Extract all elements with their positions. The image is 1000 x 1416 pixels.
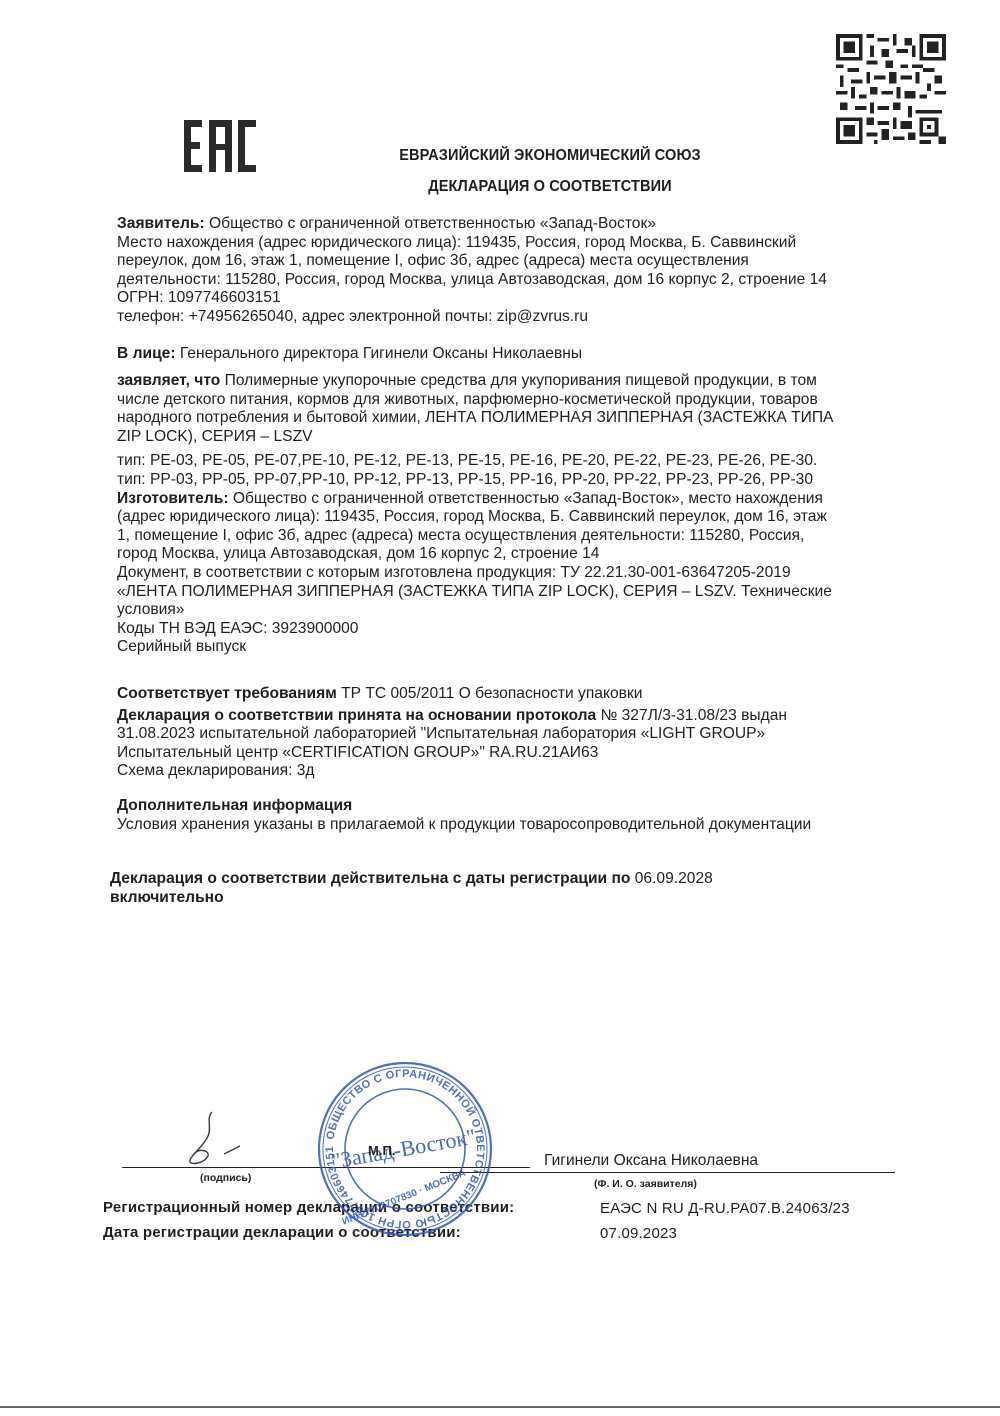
applicant-name: Общество с ограниченной ответственностью… — [205, 215, 656, 232]
additional-info-section: Дополнительная информация Условия хранен… — [117, 797, 927, 834]
represented-by-section: В лице: Генерального директора Гигинели … — [117, 345, 927, 364]
additional-info-value: Условия хранения указаны в прилагаемой к… — [117, 816, 927, 835]
applicant-address-line: Место нахождения (адрес юридического лиц… — [117, 234, 927, 253]
declares-section: заявляет, что Полимерные укупорочные сре… — [117, 372, 927, 657]
manufacturer-line: город Москва, улица Автозаводская, дом 1… — [117, 545, 927, 564]
basis-label: Декларация о соответствии принята на осн… — [117, 707, 596, 724]
product-types-pe: тип: PE-03, PE-05, PE-07,PE-10, PE-12, P… — [117, 452, 927, 471]
applicant-line: Заявитель: Общество с ограниченной ответ… — [117, 215, 927, 234]
declares-line: числе детского питания, кормов для живот… — [117, 391, 927, 410]
basis-line: Испытательный центр «CERTIFICATION GROUP… — [117, 744, 927, 763]
page-bottom-rule — [0, 1406, 1000, 1408]
compliance-value: ТР ТС 005/2011 О безопасности упаковки — [337, 685, 643, 702]
validity-label: Декларация о соответствии действительна … — [110, 870, 630, 887]
applicant-ogrn: ОГРН: 1097746603151 — [117, 289, 927, 308]
signature-caption: (подпись) — [200, 1172, 251, 1184]
compliance-label: Соответствует требованиям — [117, 685, 337, 702]
signer-caption: (Ф. И. О. заявителя) — [594, 1178, 697, 1190]
applicant-address-line: деятельности: 115280, Россия, город Моск… — [117, 271, 927, 290]
production-doc-line: Документ, в соответствии с которым изгот… — [117, 564, 927, 583]
manufacturer-line: Общество с ограниченной ответственностью… — [229, 490, 823, 507]
declares-line: Полимерные укупорочные средства для укуп… — [220, 372, 817, 389]
declares-line: народного потребления и бытовой химии, Л… — [117, 409, 927, 428]
stamp-place-mark: М.П. — [368, 1143, 395, 1158]
validity-inclusive: включительно — [110, 889, 920, 908]
applicant-label: Заявитель: — [117, 215, 205, 232]
basis-value: № 327Л/3-31.08/23 выдан — [596, 707, 787, 724]
declares-label: заявляет, что — [117, 372, 220, 389]
company-stamp-icon: ОБЩЕСТВО С ОГРАНИЧЕННОЙ ОТВЕТСТВЕННОСТЬЮ… — [310, 1058, 500, 1240]
qr-code-icon — [836, 34, 946, 144]
production-doc-line: «ЛЕНТА ПОЛИМЕРНАЯ ЗИППЕРНАЯ (ЗАСТЕЖКА ТИ… — [117, 583, 927, 602]
document-title: ДЕКЛАРАЦИЯ О СООТВЕТСТВИИ — [80, 178, 1000, 196]
represented-by-label: В лице: — [117, 345, 176, 362]
declaration-scheme: Схема декларирования: 3д — [117, 762, 927, 781]
stamp-center-text: "Запад-Восток" — [330, 1124, 478, 1174]
production-doc-line: условия» — [117, 601, 927, 620]
validity-section: Декларация о соответствии действительна … — [110, 870, 920, 907]
production-type: Серийный выпуск — [117, 638, 927, 657]
manufacturer-line: (адрес юридического лица): 119435, Росси… — [117, 508, 927, 527]
signer-name: Гигинели Оксана Николаевна — [544, 1152, 758, 1170]
signature-icon — [182, 1108, 252, 1168]
manufacturer-line: 1, помещение I, офис 3б, адрес (адреса) … — [117, 527, 927, 546]
represented-by-value: Генерального директора Гигинели Оксаны Н… — [176, 345, 583, 362]
applicant-contacts: телефон: +74956265040, адрес электронной… — [117, 308, 927, 327]
applicant-address-line: переулок, дом 16, этаж 1, помещение I, о… — [117, 252, 927, 271]
additional-info-label: Дополнительная информация — [117, 797, 927, 816]
declares-line: ZIP LOCK), СЕРИЯ – LSZV — [117, 428, 927, 447]
registration-number-value: ЕАЭС N RU Д-RU.PA07.B.24063/23 — [600, 1200, 850, 1217]
eac-logo-icon — [182, 118, 258, 174]
union-title: ЕВРАЗИЙСКИЙ ЭКОНОМИЧЕСКИЙ СОЮЗ — [80, 147, 1000, 165]
manufacturer-label: Изготовитель: — [117, 490, 229, 507]
hs-codes: Коды ТН ВЭД ЕАЭС: 3923900000 — [117, 620, 927, 639]
basis-line: 31.08.2023 испытательной лабораторией "И… — [117, 725, 927, 744]
registration-date-value: 07.09.2023 — [600, 1225, 677, 1242]
compliance-section: Соответствует требованиям ТР ТС 005/2011… — [117, 685, 927, 781]
signer-name-line — [440, 1172, 895, 1173]
product-types-pp: тип: PP-03, PP-05, PP-07,PP-10, PP-12, P… — [117, 471, 927, 490]
validity-date: 06.09.2028 — [630, 870, 712, 887]
applicant-section: Заявитель: Общество с ограниченной ответ… — [117, 215, 927, 327]
